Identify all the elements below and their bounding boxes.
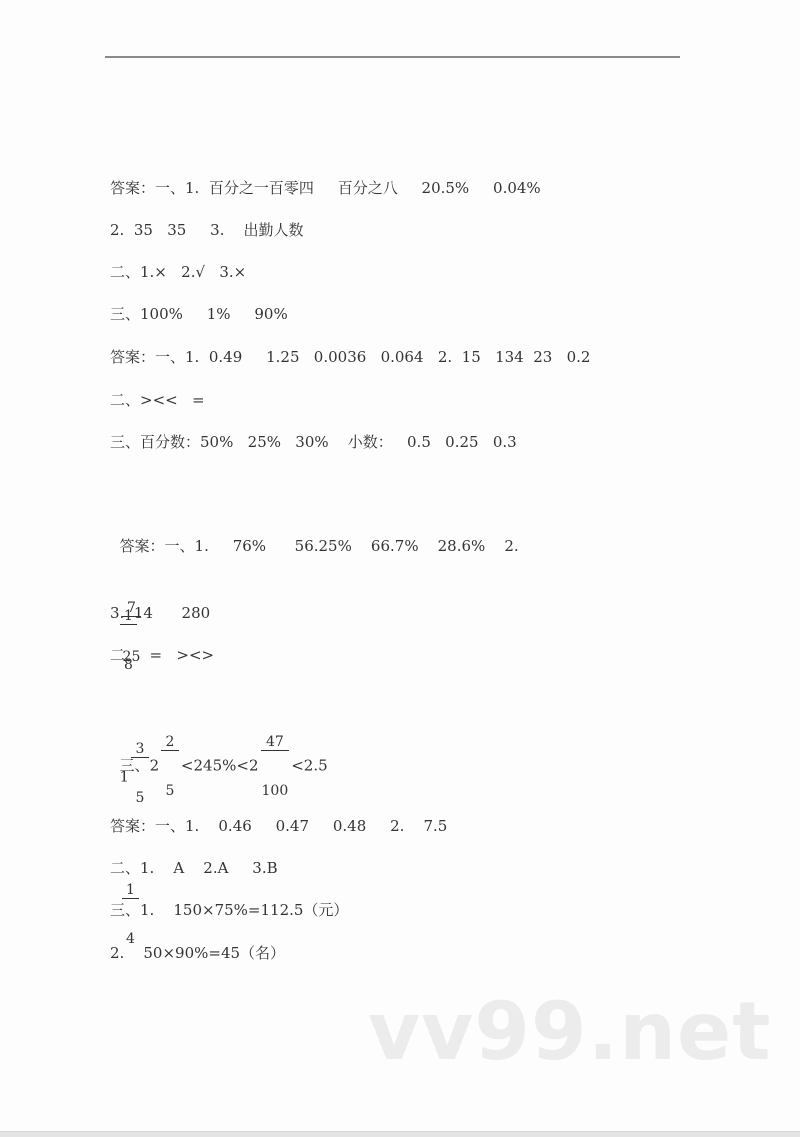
answer-line: 二、><< = [110,390,205,410]
answer-line: 三、1. 150×75%=112.5（元） [110,900,348,920]
answer-text: 答案：一、1. 76% 56.25% 66.7% 28.6% 2. [120,537,519,555]
answer-line: 二、1. A 2.A 3.B [110,858,278,878]
answer-line: 2. 50×90%=45（名） [110,943,285,963]
answer-line: 二、1.× 2.√ 3.× [110,262,246,282]
page-bottom-edge [0,1131,800,1137]
answer-line: 答案：一、1. 百分之一百零四 百分之八 20.5% 0.04% [110,178,541,198]
header-rule [105,56,680,58]
answer-line: 答案：一、1. 0.49 1.25 0.0036 0.064 2. 15 134… [110,347,590,367]
answer-line: 三、100% 1% 90% [110,304,288,324]
answer-line: 三、2 2 5 <245%<2 47 100 <2.5 [110,682,328,831]
answer-line: 答案：一、1. 0.46 0.47 0.48 2. 7.5 [110,816,447,836]
answer-line: 3. 14 280 [110,603,210,623]
answer-line: 二、 = ><> [110,645,214,665]
watermark: vv99.net [368,992,771,1072]
fraction: 2 5 [161,702,179,831]
answer-line: 2. 35 35 3. 出勤人数 [110,220,304,240]
answer-line: 三、百分数：50% 25% 30% 小数： 0.5 0.25 0.3 [110,432,517,452]
fraction: 47 100 [261,702,290,831]
